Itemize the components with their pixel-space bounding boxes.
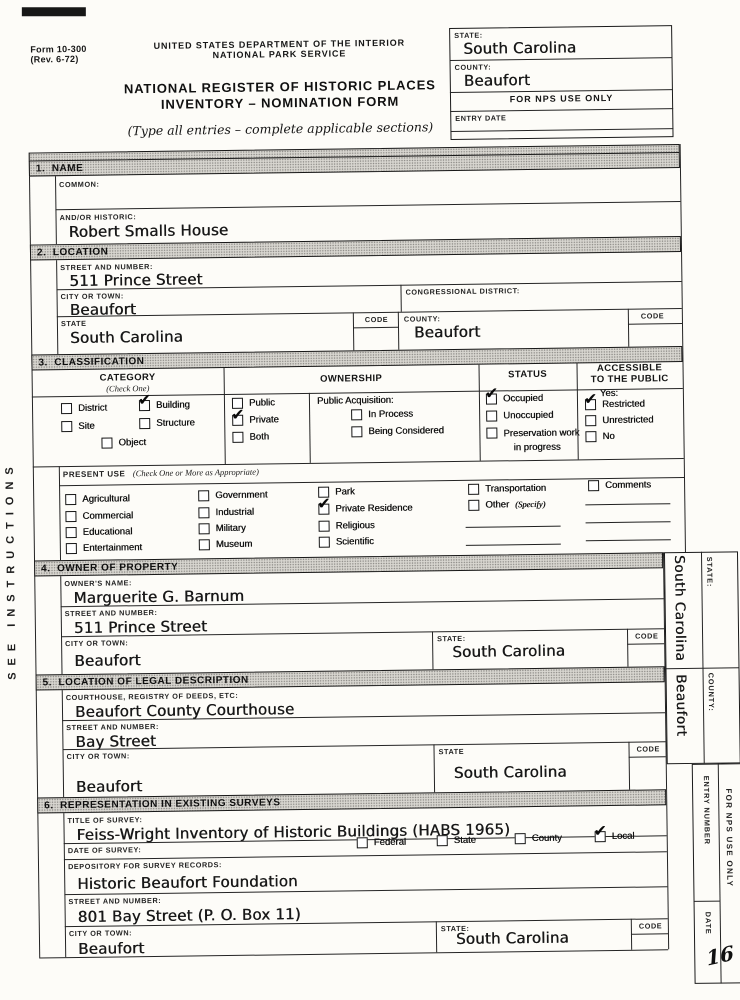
checkbox-box: ✔ — [585, 399, 596, 410]
common-name-label: COMMON: — [59, 180, 99, 190]
line — [59, 466, 61, 560]
checkbox-label: State — [454, 835, 476, 846]
checkbox-label: Preservation workin progress — [503, 426, 579, 455]
checkbox-box: ✔ — [486, 427, 497, 438]
blank-line — [586, 521, 671, 523]
checkbox-entertainment[interactable]: ✔Entertainment — [66, 542, 142, 554]
city-label: CITY OR TOWN: — [69, 928, 132, 938]
checkbox-box: ✔ — [357, 837, 368, 848]
city-value: Beaufort — [74, 651, 141, 670]
checkbox-box: ✔ — [139, 400, 150, 411]
checkbox-label: Federal — [374, 837, 406, 848]
state-value: South Carolina — [452, 642, 565, 661]
line — [62, 690, 64, 797]
checkbox-label: Industrial — [215, 507, 254, 519]
accessible-yes-label: Yes: — [600, 388, 618, 399]
checkbox-both[interactable]: ✔Both — [232, 431, 269, 442]
line — [55, 201, 680, 210]
date-label: DATE — [704, 912, 713, 935]
checkbox-box: ✔ — [588, 480, 599, 491]
checkmark-icon: ✔ — [485, 383, 499, 402]
checkbox-box: ✔ — [585, 431, 596, 442]
checkbox-box: ✔ — [101, 437, 112, 448]
checkbox-box: ✔ — [61, 403, 72, 414]
survey-date-label: DATE OF SURVEY: — [68, 845, 142, 855]
county-label: COUNTY: — [404, 314, 441, 323]
code-label: CODE — [635, 631, 658, 640]
sidebar-county-label: COUNTY: — [707, 673, 717, 712]
state-value: South Carolina — [456, 929, 569, 948]
checkbox-district[interactable]: ✔District — [61, 403, 107, 415]
survey-title-label: TITLE OF SURVEY: — [67, 815, 142, 825]
checkbox-military[interactable]: ✔Military — [199, 523, 246, 535]
checkmark-icon: ✔ — [231, 405, 245, 424]
line — [29, 153, 41, 958]
city-label: CITY OR TOWN: — [67, 751, 130, 761]
line — [628, 323, 682, 325]
county-value: Beaufort — [464, 71, 531, 90]
checkbox-label: Comments — [605, 479, 651, 491]
checkbox-box: ✔ — [61, 421, 72, 432]
depository-value: Historic Beaufort Foundation — [77, 872, 298, 893]
checkbox-label: County — [532, 833, 562, 844]
checkbox-building[interactable]: ✔Building — [139, 399, 190, 411]
form-subtitle: (Type all entries – complete applicable … — [90, 119, 470, 139]
checkbox-unrestricted[interactable]: ✔Unrestricted — [585, 414, 653, 426]
line — [432, 631, 433, 669]
county-label: COUNTY: — [455, 63, 492, 72]
checkbox-label: Scientific — [336, 536, 374, 547]
checkbox-label: Unoccupied — [503, 410, 553, 422]
code-label: CODE — [365, 315, 388, 324]
checkbox-box: ✔ — [198, 490, 209, 501]
checkbox-box: ✔ — [595, 831, 606, 842]
checkbox-box: ✔ — [66, 543, 77, 554]
checkbox-in-process[interactable]: ✔In Process — [351, 409, 413, 421]
checkbox-comments[interactable]: ✔Comments — [588, 479, 651, 491]
blank-line — [466, 544, 561, 546]
checkbox-label: Structure — [156, 417, 195, 429]
line — [436, 921, 437, 952]
city-value: Beaufort — [78, 939, 145, 958]
line — [56, 260, 58, 354]
checkbox-agricultural[interactable]: ✔Agricultural — [65, 493, 130, 505]
scanned-form-page: Form 10-300 (Rev. 6-72) UNITED STATES DE… — [0, 0, 740, 1000]
form-number-line2: (Rev. 6-72) — [30, 54, 78, 65]
checkbox-label: Local — [612, 831, 635, 842]
checkbox-label: Object — [118, 437, 146, 448]
checkbox-unoccupied[interactable]: ✔Unoccupied — [486, 410, 553, 422]
section-4-bar: 4. OWNER OF PROPERTY — [34, 552, 663, 576]
checkbox-label: Government — [215, 489, 267, 501]
present-use-label: PRESENT USE — [63, 469, 126, 479]
checkbox-label: Military — [216, 523, 246, 534]
checkmark-icon: ✔ — [593, 821, 607, 840]
checkbox-box: ✔ — [65, 511, 76, 522]
scan-artifact — [22, 7, 86, 16]
checkbox-box: ✔ — [199, 539, 210, 550]
checkbox-site[interactable]: ✔Site — [61, 421, 95, 432]
checkbox-no[interactable]: ✔No — [585, 431, 614, 442]
sidebar-state-value: South Carolina — [671, 555, 688, 661]
checkbox-box: ✔ — [318, 504, 329, 515]
street-label: STREET AND NUMBER: — [68, 896, 161, 906]
checkbox-box: ✔ — [468, 484, 479, 495]
checkbox-government[interactable]: ✔Government — [198, 489, 267, 501]
state-label: STATE: — [454, 31, 483, 40]
line — [33, 458, 684, 468]
checkbox-box: ✔ — [486, 410, 497, 421]
checkbox-box: ✔ — [351, 426, 362, 437]
checkbox-label: Transportation — [485, 483, 546, 495]
checkbox-box: ✔ — [65, 494, 76, 505]
line — [63, 813, 66, 957]
checkbox-box: ✔ — [232, 415, 243, 426]
checkbox-label: Private Residence — [335, 503, 412, 515]
line — [433, 744, 435, 792]
checkbox-box: ✔ — [585, 415, 596, 426]
checkbox-label: Other — [485, 499, 509, 510]
checkbox-box: ✔ — [66, 527, 77, 538]
state-label: STATE — [439, 747, 465, 756]
checkbox-scientific[interactable]: ✔Scientific — [319, 536, 374, 548]
checkbox-label: Both — [249, 431, 269, 442]
depository-label: DEPOSITORY FOR SURVEY RECORDS: — [68, 860, 222, 871]
street-label: STREET AND NUMBER: — [65, 608, 158, 618]
checkbox-county[interactable]: ✔County — [515, 833, 562, 845]
blank-line — [466, 526, 561, 528]
code-label: CODE — [641, 311, 664, 320]
checkbox-state[interactable]: ✔State — [437, 835, 476, 847]
line — [400, 285, 401, 312]
checkbox-label: Building — [156, 399, 190, 410]
nps-use-only-vertical-label: FOR NPS USE ONLY — [724, 788, 734, 887]
public-acquisition-label: Public Acquisition: — [317, 395, 394, 407]
owner-name-label: OWNER'S NAME: — [64, 578, 132, 588]
checkbox-label: Educational — [83, 526, 133, 538]
checkbox-label: Public — [249, 397, 275, 408]
county-value: Beaufort — [414, 323, 481, 342]
state-label: STATE — [61, 319, 87, 328]
line — [309, 393, 311, 463]
sidebar-state-label: STATE: — [705, 557, 714, 588]
checkbox-box: ✔ — [198, 507, 209, 518]
line — [631, 933, 668, 934]
checkbox-label: Restricted — [602, 399, 645, 411]
blank-line — [586, 539, 671, 541]
checkbox-label: Unrestricted — [602, 414, 653, 426]
checkbox-federal[interactable]: ✔Federal — [357, 837, 406, 849]
checkbox-label: Commercial — [82, 510, 133, 522]
line — [64, 851, 667, 860]
present-use-note: (Check One or More as Appropriate) — [133, 467, 259, 479]
state-label: STATE: — [437, 634, 466, 643]
checkbox-label: Museum — [216, 539, 253, 550]
historic-name-value: Robert Smalls House — [69, 221, 229, 241]
code-label: CODE — [639, 921, 662, 930]
checkbox-label: Agricultural — [82, 493, 130, 505]
city-label: CITY OR TOWN: — [65, 638, 128, 648]
accessible-header-2: TO THE PUBLIC — [577, 373, 683, 385]
line — [627, 643, 664, 644]
checkbox-box: ✔ — [351, 409, 362, 420]
state-value: South Carolina — [463, 38, 576, 57]
category-note: (Check One) — [32, 382, 224, 395]
checkbox-private[interactable]: ✔Private — [232, 414, 279, 426]
status-header: STATUS — [479, 368, 577, 380]
checkbox-box: ✔ — [468, 500, 479, 511]
checkbox-label: In Process — [368, 409, 413, 421]
congressional-district-label: CONGRESSIONAL DISTRICT: — [405, 286, 519, 296]
checkbox-religious[interactable]: ✔Religious — [319, 520, 375, 532]
checkbox-local[interactable]: ✔Local — [595, 831, 635, 843]
checkbox-box: ✔ — [515, 833, 526, 844]
checkbox-object[interactable]: ✔Object — [101, 437, 146, 449]
entry-date-label: ENTRY DATE — [455, 113, 506, 123]
code-label: CODE — [636, 744, 659, 753]
checkbox-box: ✔ — [437, 835, 448, 846]
checkbox-box: ✔ — [486, 393, 497, 404]
checkbox-label: District — [78, 403, 107, 414]
blank-line — [585, 503, 670, 505]
line — [398, 312, 399, 350]
checkmark-icon: ✔ — [584, 389, 598, 408]
checkbox-preservation-work[interactable]: ✔Preservation workin progress — [486, 426, 580, 455]
checkbox-label: No — [602, 431, 614, 442]
checkbox-box: ✔ — [319, 521, 330, 532]
checkbox-occupied[interactable]: ✔Occupied — [486, 393, 543, 405]
line — [628, 742, 630, 790]
checkbox-box: ✔ — [139, 418, 150, 429]
other-specify-note: (Specify) — [515, 499, 545, 509]
checkbox-commercial[interactable]: ✔Commercial — [65, 510, 133, 522]
checkbox-box: ✔ — [199, 523, 210, 534]
checkbox-box: ✔ — [319, 537, 330, 548]
state-value: South Carolina — [70, 328, 183, 347]
checkbox-restricted[interactable]: ✔Restricted — [585, 399, 645, 411]
checkbox-label: Being Considered — [368, 425, 444, 437]
line — [353, 312, 354, 350]
checkbox-label: Private — [249, 414, 279, 425]
checkbox-label: Occupied — [503, 393, 543, 405]
state-value: South Carolina — [454, 763, 567, 782]
checkbox-museum[interactable]: ✔Museum — [199, 539, 253, 551]
line — [353, 327, 398, 329]
checkbox-label: Entertainment — [83, 542, 142, 554]
checkmark-icon: ✔ — [138, 390, 152, 409]
paper: Form 10-300 (Rev. 6-72) UNITED STATES DE… — [0, 0, 740, 1000]
ownership-header: OWNERSHIP — [224, 372, 479, 386]
see-instructions-label: SEE INSTRUCTIONS — [2, 350, 18, 680]
checkbox-private-residence[interactable]: ✔Private Residence — [318, 503, 412, 515]
checkbox-label: Site — [78, 421, 95, 432]
historic-name-label: AND/OR HISTORIC: — [59, 212, 136, 222]
sidebar-county-value: Beaufort — [673, 674, 690, 736]
checkbox-industrial[interactable]: ✔Industrial — [198, 507, 254, 519]
checkbox-box: ✔ — [232, 432, 243, 443]
checkbox-educational[interactable]: ✔Educational — [66, 526, 133, 538]
line — [627, 629, 628, 667]
checkbox-label: Religious — [336, 520, 375, 532]
checkbox-transportation[interactable]: ✔Transportation — [468, 483, 546, 495]
checkmark-icon: ✔ — [317, 494, 331, 513]
street-label: STREET AND NUMBER: — [66, 722, 159, 732]
checkbox-being-considered[interactable]: ✔Being Considered — [351, 425, 444, 437]
entry-number-label: ENTRY NUMBER — [702, 776, 712, 845]
checkbox-label: Park — [335, 486, 355, 497]
line — [629, 756, 666, 757]
line — [628, 309, 629, 347]
city-value: Beaufort — [76, 777, 143, 796]
section-5-bar: 5. LOCATION OF LEGAL DESCRIPTION — [36, 666, 665, 690]
line — [60, 576, 62, 674]
checkbox-other[interactable]: ✔Other(Specify) — [468, 499, 545, 511]
checkbox-structure[interactable]: ✔Structure — [139, 417, 195, 429]
